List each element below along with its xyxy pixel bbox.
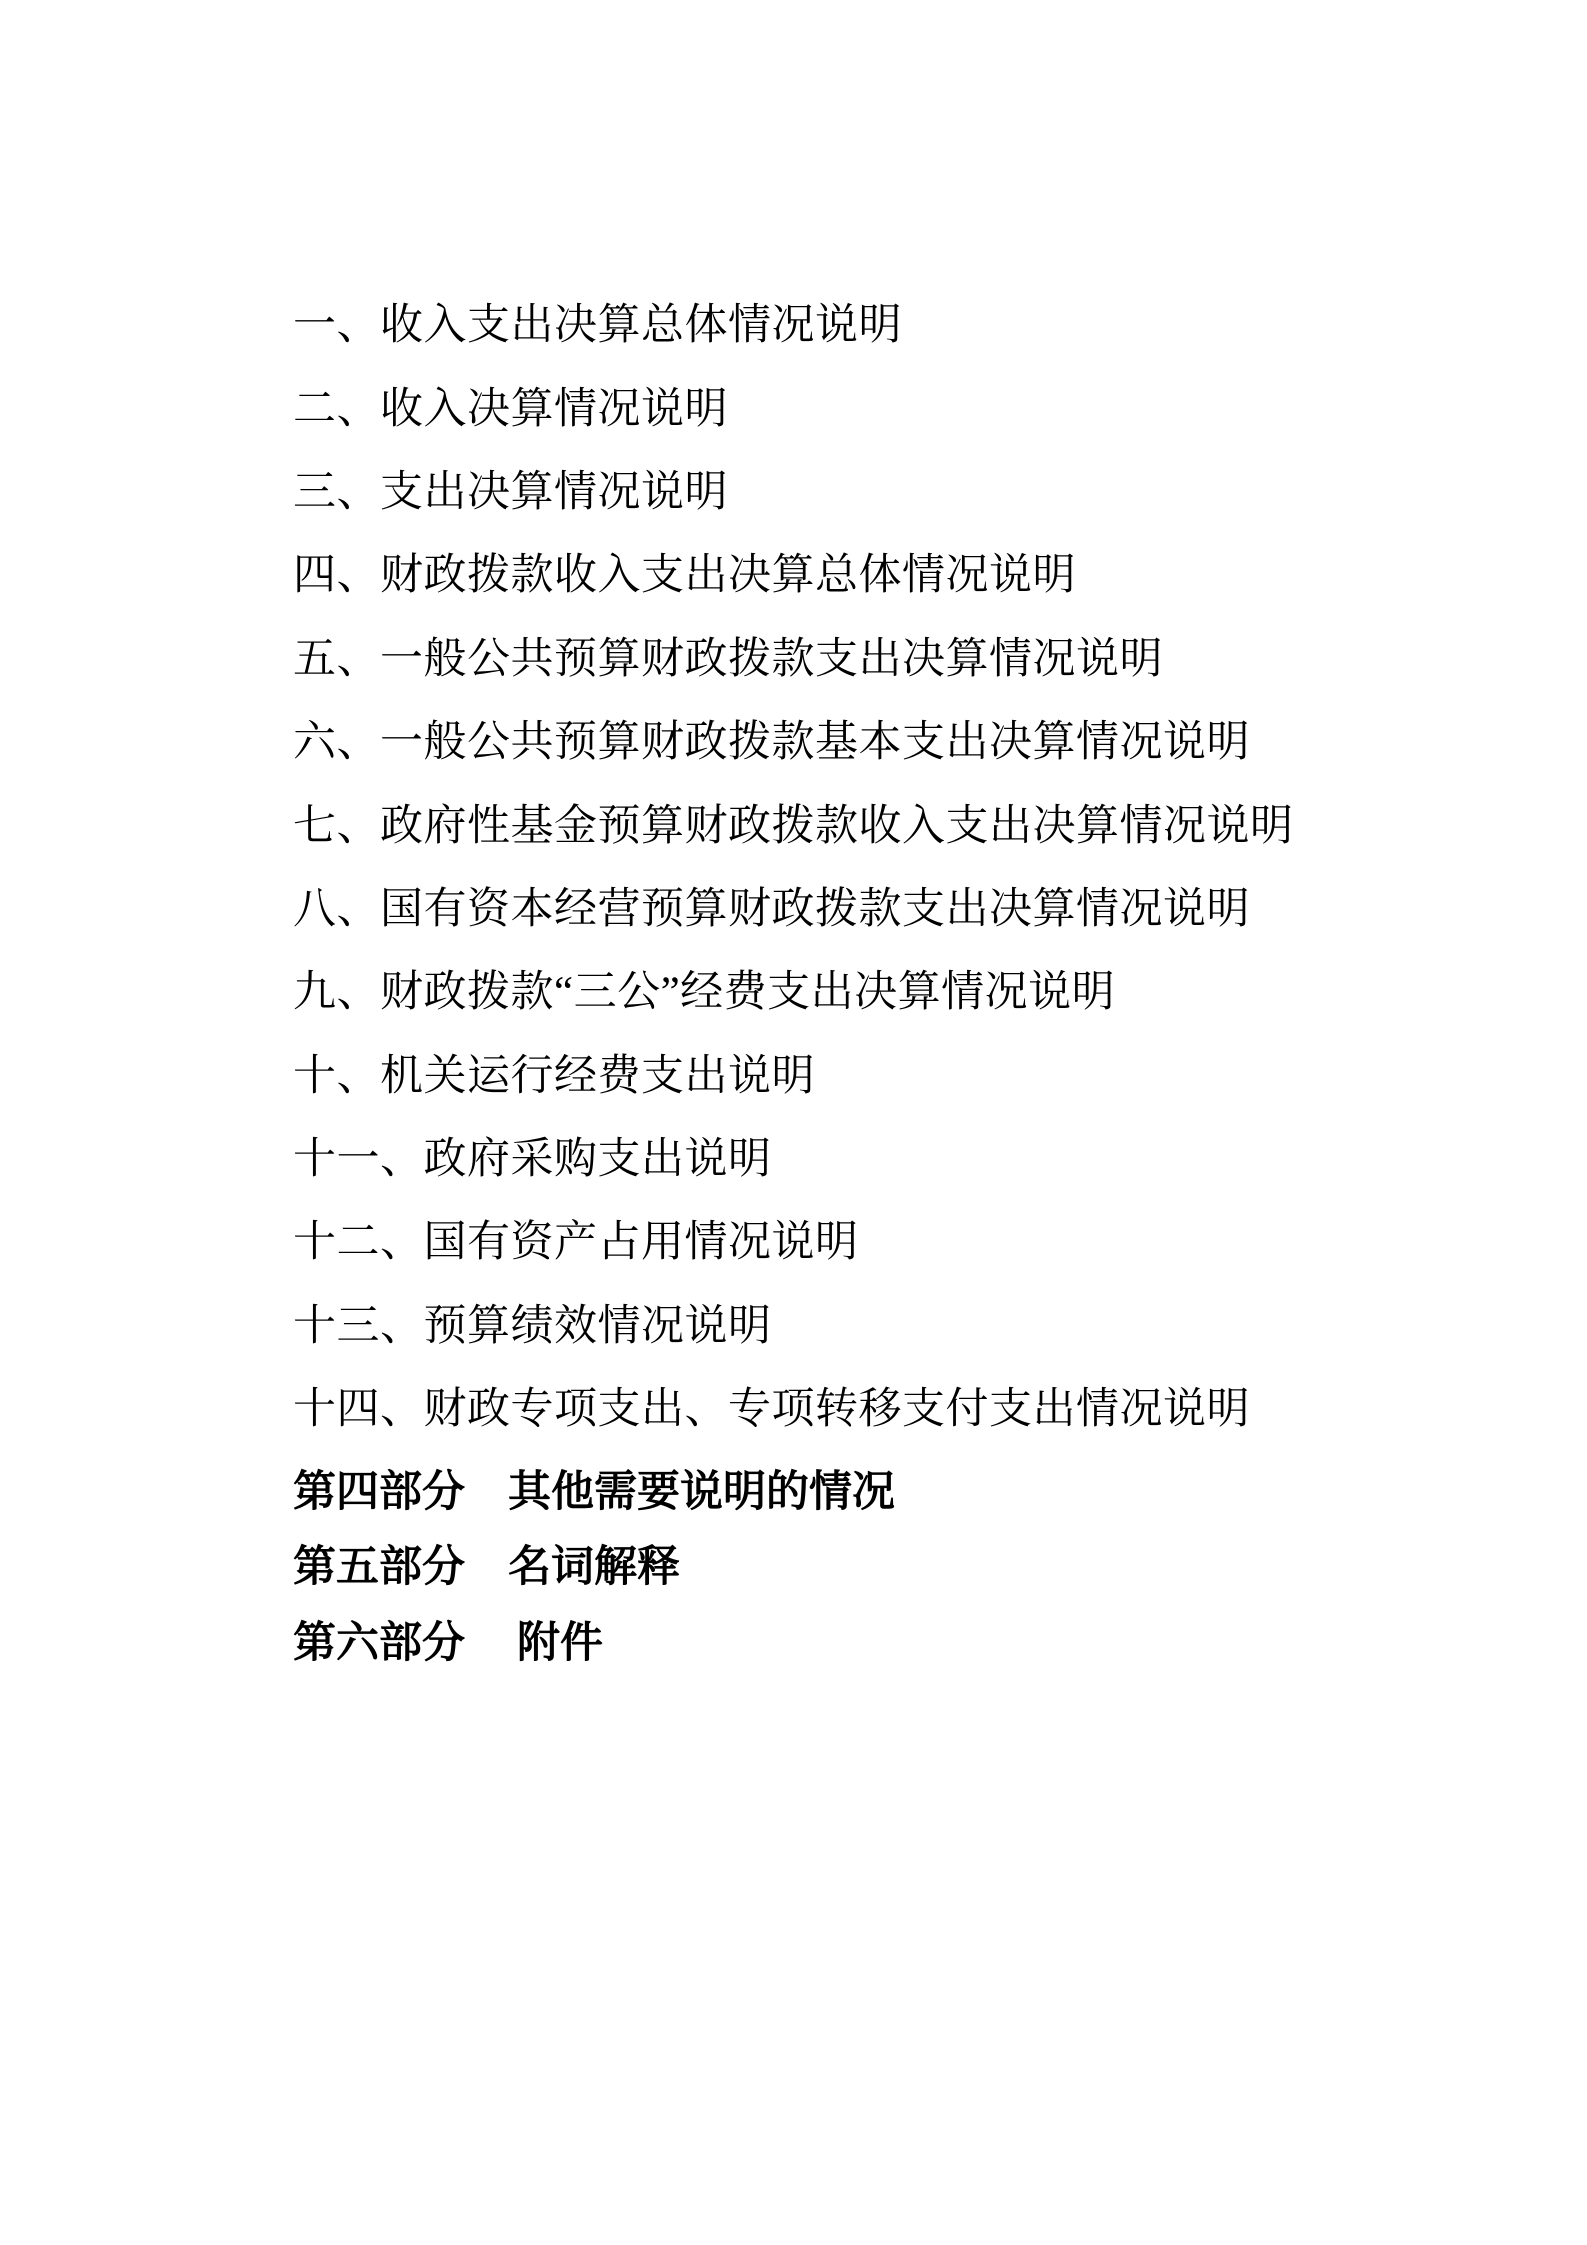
- toc-item-7: 七、政府性基金预算财政拨款收入支出决算情况说明: [293, 780, 1527, 863]
- document-page: 一、收入支出决算总体情况说明 二、收入决算情况说明 三、支出决算情况说明 四、财…: [0, 0, 1587, 2245]
- part-heading-5: 第五部分名词解释: [293, 1526, 1527, 1602]
- toc-item-9: 九、财政拨款“三公”经费支出决算情况说明: [293, 947, 1527, 1030]
- part-label: 第四部分: [293, 1458, 465, 1519]
- part-label-gap: [465, 1563, 508, 1564]
- part-title: 其他需要说明的情况: [508, 1458, 895, 1519]
- toc-item-2: 二、收入决算情况说明: [293, 363, 1527, 446]
- toc-item-12: 十二、国有资产占用情况说明: [293, 1197, 1527, 1280]
- toc-item-list: 一、收入支出决算总体情况说明 二、收入决算情况说明 三、支出决算情况说明 四、财…: [293, 280, 1527, 1447]
- toc-item-13: 十三、预算绩效情况说明: [293, 1281, 1527, 1364]
- part-label: 第六部分: [293, 1609, 465, 1670]
- toc-item-5: 五、一般公共预算财政拨款支出决算情况说明: [293, 614, 1527, 697]
- part-heading-4: 第四部分其他需要说明的情况: [293, 1450, 1527, 1526]
- toc-item-1: 一、收入支出决算总体情况说明: [293, 280, 1527, 363]
- toc-item-14: 十四、财政专项支出、专项转移支付支出情况说明: [293, 1364, 1527, 1447]
- toc-item-6: 六、一般公共预算财政拨款基本支出决算情况说明: [293, 697, 1527, 780]
- toc-item-8: 八、国有资本经营预算财政拨款支出决算情况说明: [293, 864, 1527, 947]
- part-label: 第五部分: [293, 1533, 465, 1594]
- table-of-contents: 一、收入支出决算总体情况说明 二、收入决算情况说明 三、支出决算情况说明 四、财…: [293, 280, 1527, 1677]
- toc-item-10: 十、机关运行经费支出说明: [293, 1031, 1527, 1114]
- part-title: 附件: [517, 1609, 603, 1670]
- part-label-gap: [465, 1488, 508, 1489]
- toc-item-11: 十一、政府采购支出说明: [293, 1114, 1527, 1197]
- toc-item-4: 四、财政拨款收入支出决算总体情况说明: [293, 530, 1527, 613]
- toc-item-3: 三、支出决算情况说明: [293, 447, 1527, 530]
- part-heading-6: 第六部分附件: [293, 1601, 1527, 1677]
- part-heading-list: 第四部分其他需要说明的情况 第五部分名词解释 第六部分附件: [293, 1450, 1527, 1677]
- part-label-gap: [465, 1639, 517, 1640]
- part-title: 名词解释: [508, 1533, 680, 1594]
